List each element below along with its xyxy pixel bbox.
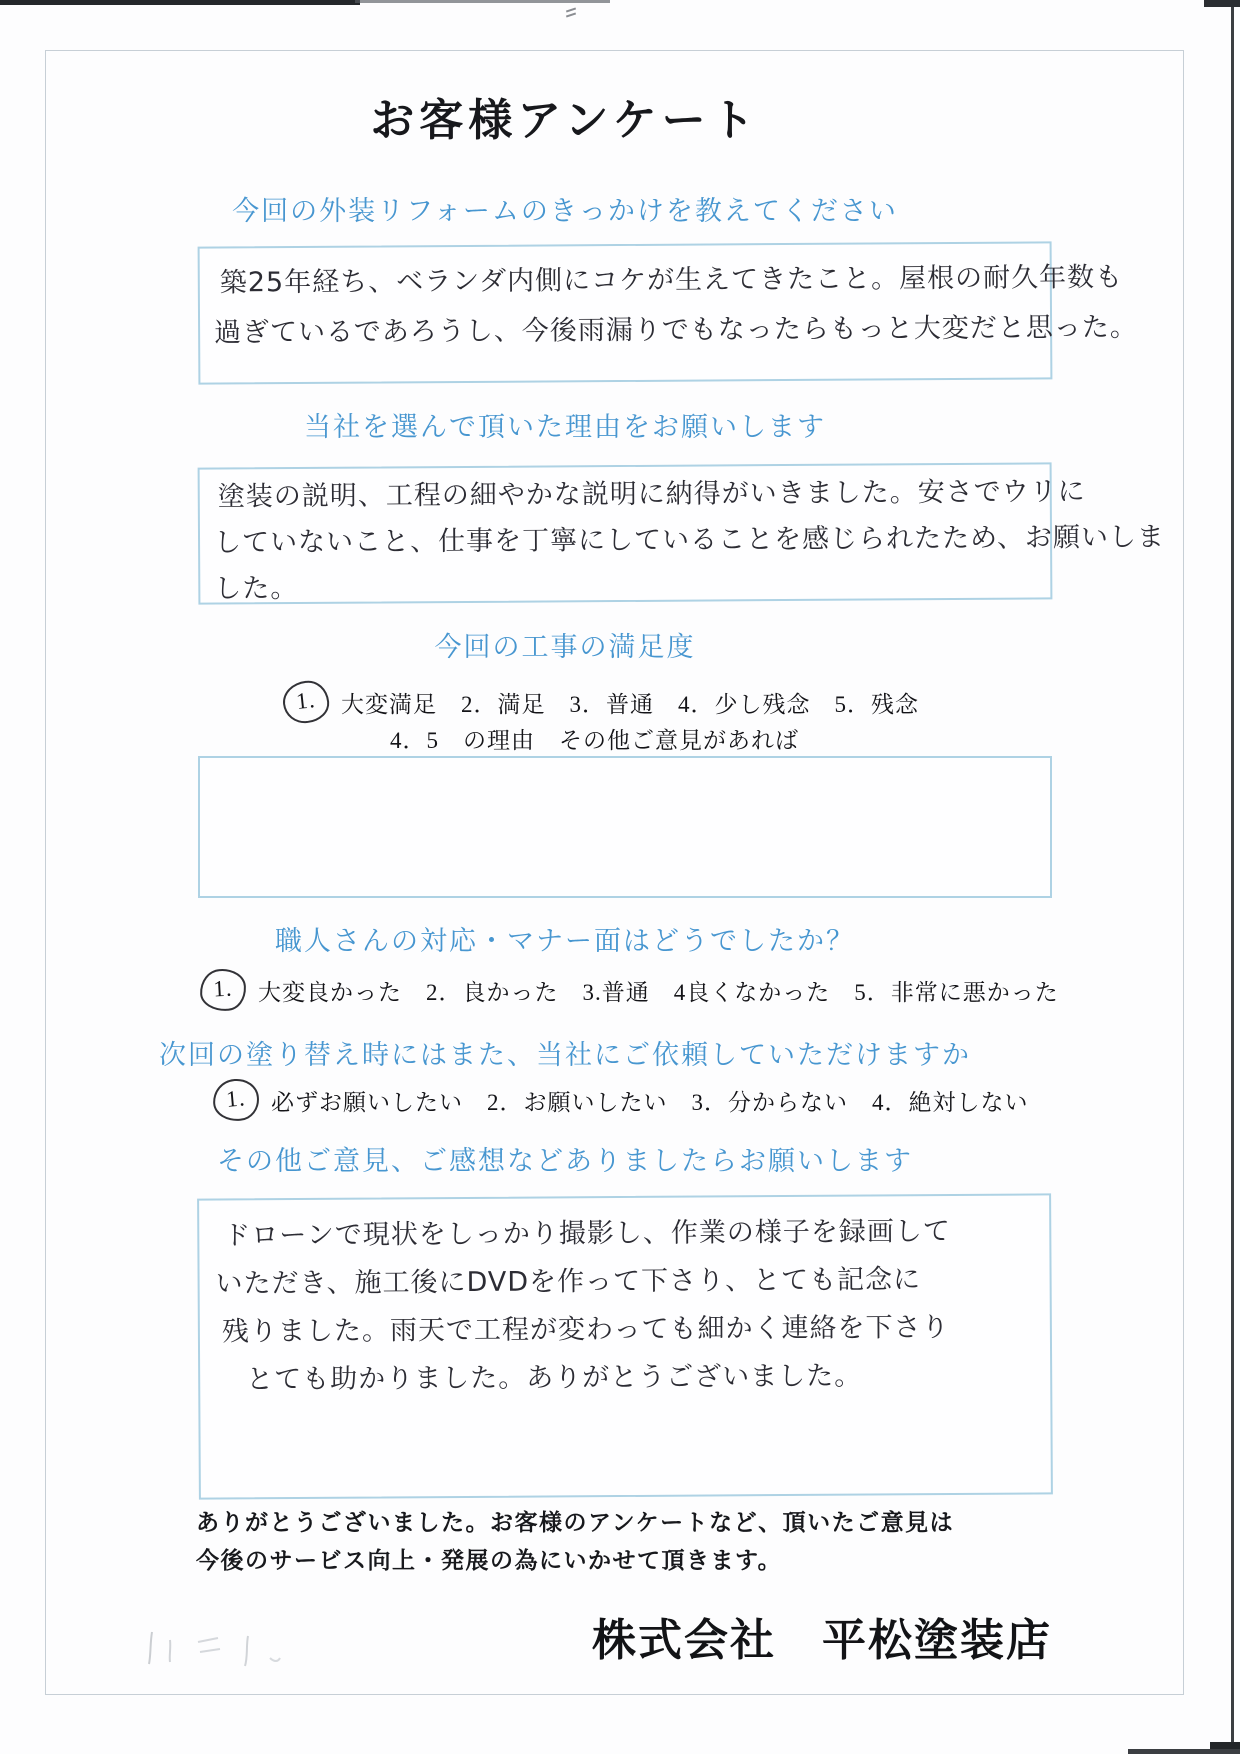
rating-row-q5: 1. 必ずお願いしたい 2．お願いしたい 3．分からない 4．絶対しない <box>213 1079 1029 1121</box>
scan-corner-artifact-top-right <box>1204 0 1240 7</box>
question-heading-q6: その他ご意見、ご感想などありましたらお願いします <box>0 1139 1130 1178</box>
rating-row-q4: 1. 大変良かった 2．良かった 3.普通 4良くなかった 5．非常に悪かった <box>200 969 1059 1011</box>
handwritten-line: いただき、施工後にDVDを作って下さり、とても記念に <box>215 1255 1035 1308</box>
pencil-scribble <box>140 1622 350 1674</box>
footer-note-line: ありがとうございました。お客様のアンケートなど、頂いたご意見は <box>196 1504 954 1537</box>
handwritten-line: 塗装の説明、工程の細やかな説明に納得がいきました。安さでウリに <box>218 469 1036 520</box>
handwritten-line: 残りました。雨天で工程が変わっても細かく連絡を下さり <box>222 1303 1036 1356</box>
scan-edge-artifact-top-faint <box>355 0 610 3</box>
selected-rating-circle-q4: 1. <box>199 968 247 1012</box>
scan-edge-artifact-top <box>0 0 360 5</box>
handwritten-line: ドローンで現状をしっかり撮影し、作業の様子を録画して <box>223 1207 1035 1260</box>
question-heading-q5: 次回の塗り替え時にはまた、当社にご依頼していただけますか <box>0 1033 1130 1072</box>
question-heading-q3: 今回の工事の満足度 <box>0 625 1130 664</box>
question-heading-q2: 当社を選んで頂いた理由をお願いします <box>0 405 1130 444</box>
question-heading-q4: 職人さんの対応・マナー面はどうでしたか？ <box>0 919 1130 958</box>
page-title: お客様アンケート <box>0 84 1130 148</box>
question-heading-q1: 今回の外装リフォームのきっかけを教えてください <box>0 189 1130 228</box>
handwritten-line: とても助かりました。ありがとうございました。 <box>246 1351 1036 1404</box>
answer-box-q1: 築25年経ち、ベランダ内側にコケが生えてきたこと。屋根の耐久年数も 過ぎているで… <box>198 241 1053 384</box>
footer-note-line: 今後のサービス向上・発展の為にいかせて頂きます。 <box>196 1542 782 1575</box>
selected-rating-circle-q5: 1. <box>211 1077 260 1123</box>
rating-row-q3: 1. 大変満足 2．満足 3．普通 4．少し残念 5．残念 <box>283 681 919 723</box>
scan-edge-artifact-bottom <box>1128 1749 1240 1754</box>
handwritten-line: 築25年経ち、ベランダ内側にコケが生えてきたこと。屋根の耐久年数も <box>220 253 1036 308</box>
answer-box-q2: 塗装の説明、工程の細やかな説明に納得がいきました。安さでウリに していないこと、… <box>198 462 1053 604</box>
selected-rating-circle-q3: 1. <box>281 679 331 726</box>
scan-speck-artifact <box>566 6 580 18</box>
rating-options-q5: 必ずお願いしたい 2．お願いしたい 3．分からない 4．絶対しない <box>271 1084 1029 1117</box>
rating-options-q3: 大変満足 2．満足 3．普通 4．少し残念 5．残念 <box>341 686 919 719</box>
handwritten-line: した。 <box>214 561 1036 612</box>
handwritten-line: していないこと、仕事を丁寧にしていることを感じられたため、お願いしま <box>214 515 1036 566</box>
handwritten-line: 過ぎているであろうし、今後雨漏りでもなったらもっと大変だと思った。 <box>214 303 1036 358</box>
survey-page: お客様アンケート 今回の外装リフォームのきっかけを教えてください 築25年経ち、… <box>0 0 1240 1754</box>
answer-box-q6: ドローンで現状をしっかり撮影し、作業の様子を録画して いただき、施工後にDVDを… <box>197 1193 1053 1499</box>
answer-box-q3-empty <box>198 756 1052 898</box>
rating-options-q4: 大変良かった 2．良かった 3.普通 4良くなかった 5．非常に悪かった <box>258 974 1059 1007</box>
scan-edge-artifact-right <box>1231 0 1234 1754</box>
rating-sub-prompt-q3: 4．5 の理由 その他ご意見があれば <box>390 722 799 755</box>
company-name: 株式会社 平松塗装店 <box>592 1604 1052 1668</box>
